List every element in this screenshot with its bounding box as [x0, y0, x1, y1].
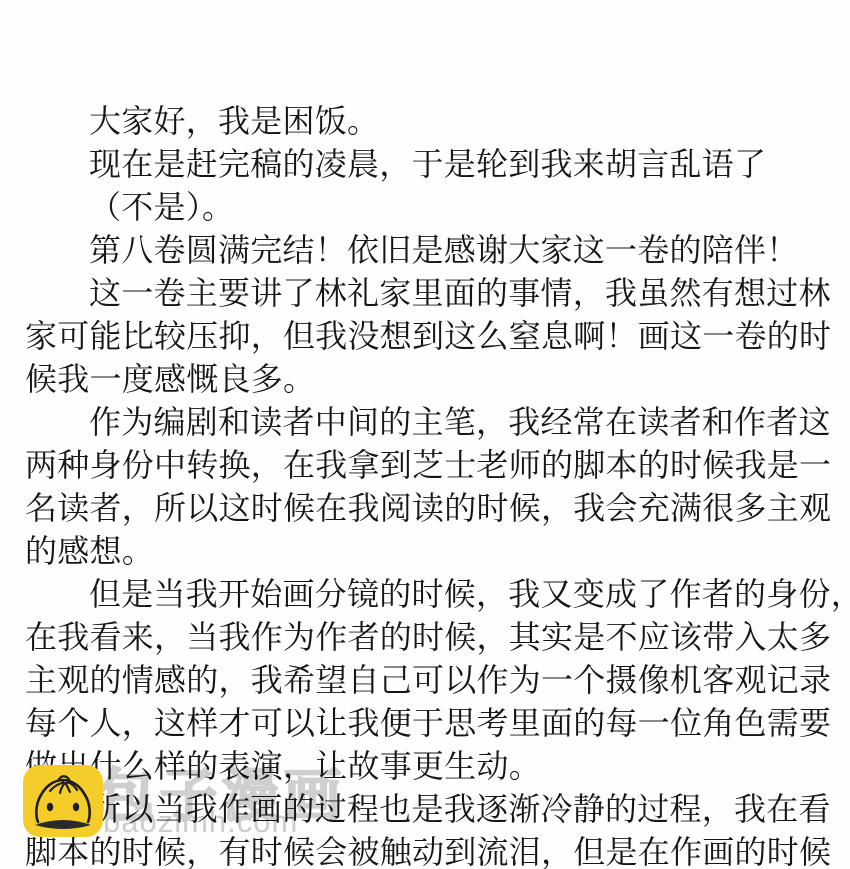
text-line: 候我一度感慨良多。 [25, 358, 831, 401]
text-line: 大家好，我是困饭。 [25, 100, 831, 143]
text-line: 在我看来，当我作为作者的时候，其实是不应该带入太多 [25, 616, 831, 659]
text-line: 每个人，这样才可以让我便于思考里面的每一位角色需要 [25, 702, 831, 745]
text-line: 所以当我作画的过程也是我逐渐冷静的过程，我在看 [25, 788, 831, 831]
baozi-bun-icon [23, 765, 103, 837]
text-line: 但是当我开始画分镜的时候，我又变成了作者的身份， [25, 573, 831, 616]
text-block: 大家好，我是困饭。现在是赶完稿的凌晨，于是轮到我来胡言乱语了（不是）。第八卷圆满… [25, 100, 831, 869]
comic-afterword-page: 包子漫画 baozimh.com 大家好，我是困饭。现在是赶完稿的凌晨，于是轮到… [0, 0, 850, 869]
text-line: 名读者，所以这时候在我阅读的时候，我会充满很多主观 [25, 487, 831, 530]
text-line: 两种身份中转换，在我拿到芝士老师的脚本的时候我是一 [25, 444, 831, 487]
text-line: 的感想。 [25, 530, 831, 573]
text-line: 第八卷圆满完结！依旧是感谢大家这一卷的陪伴！ [25, 229, 831, 272]
text-line: 主观的情感的，我希望自己可以作为一个摄像机客观记录 [25, 659, 831, 702]
text-line: （不是）。 [25, 186, 831, 229]
text-line: 脚本的时候，有时候会被触动到流泪，但是在作画的时候 [25, 831, 831, 869]
text-line: 这一卷主要讲了林礼家里面的事情，我虽然有想过林 [25, 272, 831, 315]
text-line: 现在是赶完稿的凌晨，于是轮到我来胡言乱语了 [25, 143, 831, 186]
text-line: 家可能比较压抑，但我没想到这么窒息啊！画这一卷的时 [25, 315, 831, 358]
text-line: 做出什么样的表演，让故事更生动。 [25, 745, 831, 788]
text-line: 作为编剧和读者中间的主笔，我经常在读者和作者这 [25, 401, 831, 444]
